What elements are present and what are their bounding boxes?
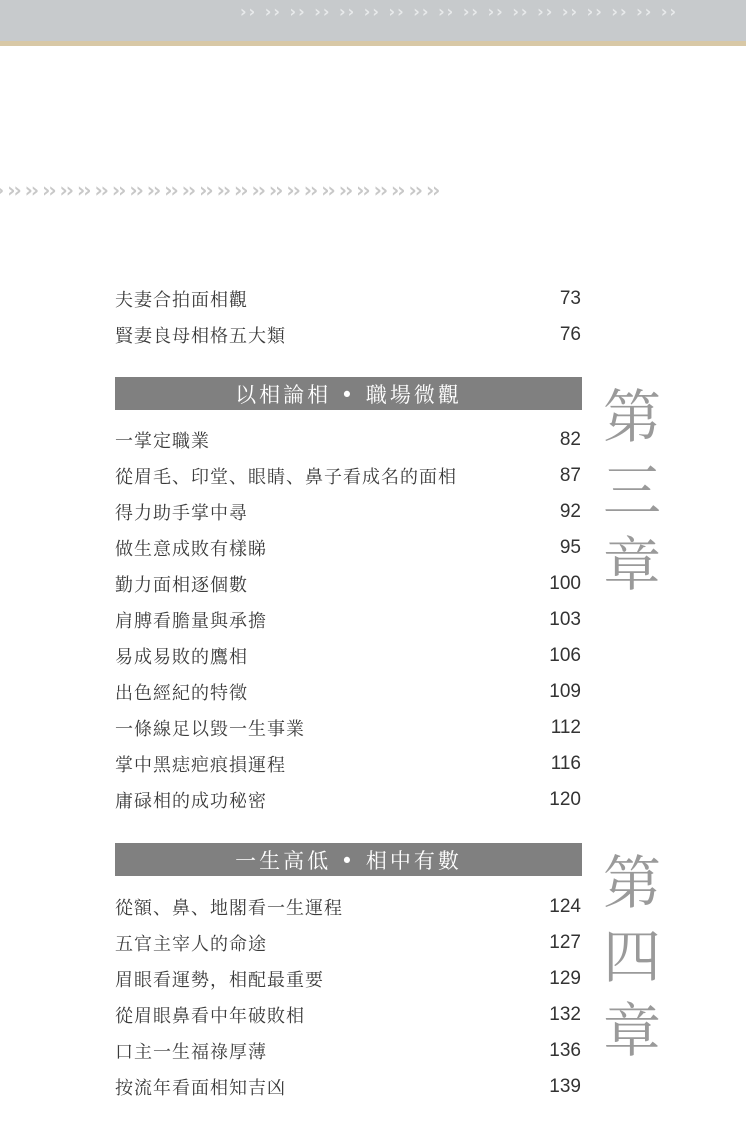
toc-entry-page: 76	[560, 324, 581, 346]
toc-entry-page: 92	[560, 501, 581, 523]
chapter-4-label: 第 四 章	[600, 846, 664, 1068]
toc-entry-page: 132	[549, 1004, 581, 1026]
toc-entry[interactable]: 夫妻合拍面相觀 73	[115, 284, 581, 314]
chapter-label-char: 第	[600, 380, 664, 454]
toc-entry-page: 139	[549, 1076, 581, 1098]
toc-entry-title: 易成易敗的鷹相	[115, 643, 248, 669]
chapter-label-char: 三	[600, 454, 664, 528]
toc-entry-title: 得力助手掌中尋	[115, 499, 248, 525]
toc-entry-page: 82	[560, 429, 581, 451]
toc-entry-title: 掌中黑痣疤痕損運程	[115, 751, 286, 777]
chapter-label-char: 第	[600, 846, 664, 920]
toc-entry[interactable]: 肩膊看膽量與承擔 103	[115, 605, 581, 635]
toc-entry[interactable]: 勤力面相逐個數 100	[115, 569, 581, 599]
chapter-label-char: 章	[600, 994, 664, 1068]
toc-entry-title: 夫妻合拍面相觀	[115, 286, 248, 312]
toc-entry-page: 127	[549, 932, 581, 954]
toc-entry-page: 106	[549, 645, 581, 667]
top-decorative-band: ›› ›› ›› ›› ›› ›› ›› ›› ›› ›› ›› ›› ›› ›…	[0, 0, 746, 41]
chevron-divider-row: › ›› ›› ›› ›› ›› ›› ›› ›› ›› ›› ›› ›› ››…	[0, 178, 646, 204]
toc-entry[interactable]: 賢妻良母相格五大類 76	[115, 320, 581, 350]
toc-entry-page: 103	[549, 609, 581, 631]
toc-entry-page: 95	[560, 537, 581, 559]
toc-entry-page: 109	[549, 681, 581, 703]
toc-entry[interactable]: 一掌定職業 82	[115, 425, 581, 455]
toc-entry[interactable]: 從額、鼻、地閣看一生運程 124	[115, 892, 581, 922]
toc-entry[interactable]: 口主一生福祿厚薄 136	[115, 1036, 581, 1066]
toc-entry-title: 按流年看面相知吉凶	[115, 1074, 286, 1100]
toc-entry-page: 116	[551, 753, 581, 775]
toc-entry-page: 73	[560, 288, 581, 310]
toc-entry-page: 136	[549, 1040, 581, 1062]
toc-entry[interactable]: 從眉毛、印堂、眼睛、鼻子看成名的面相 87	[115, 461, 581, 491]
toc-entry-page: 100	[549, 573, 581, 595]
toc-entry-title: 口主一生福祿厚薄	[115, 1038, 267, 1064]
toc-entry[interactable]: 庸碌相的成功秘密 120	[115, 785, 581, 815]
toc-entry-title: 五官主宰人的命途	[115, 930, 267, 956]
toc-entry-title: 一掌定職業	[115, 427, 210, 453]
toc-entry-title: 眉眼看運勢，相配最重要	[115, 966, 324, 992]
toc-entry-page: 120	[549, 789, 581, 811]
chapter-label-char: 四	[600, 920, 664, 994]
toc-entry[interactable]: 一條線足以毀一生事業 112	[115, 713, 581, 743]
toc-entry[interactable]: 做生意成敗有樣睇 95	[115, 533, 581, 563]
toc-entry-title: 從眉毛、印堂、眼睛、鼻子看成名的面相	[115, 463, 457, 489]
toc-entry-title: 勤力面相逐個數	[115, 571, 248, 597]
toc-entry-title: 出色經紀的特徵	[115, 679, 248, 705]
toc-entry[interactable]: 五官主宰人的命途 127	[115, 928, 581, 958]
toc-entry-page: 124	[549, 896, 581, 918]
toc-entry-page: 87	[560, 465, 581, 487]
toc-entry-title: 肩膊看膽量與承擔	[115, 607, 267, 633]
chapter-4-heading-bar: 一生高低 • 相中有數	[115, 843, 582, 876]
chapter-3-heading-bar: 以相論相 • 職場微觀	[115, 377, 582, 410]
top-beige-strip	[0, 41, 746, 46]
chapter-3-label: 第 三 章	[600, 380, 664, 602]
toc-entry-title: 庸碌相的成功秘密	[115, 787, 267, 813]
toc-entry-page: 129	[549, 968, 581, 990]
top-chevron-pattern: ›› ›› ›› ›› ›› ›› ›› ›› ›› ›› ›› ›› ›› ›…	[240, 2, 746, 20]
toc-entry-title: 從額、鼻、地閣看一生運程	[115, 894, 343, 920]
toc-entry[interactable]: 眉眼看運勢，相配最重要 129	[115, 964, 581, 994]
toc-entry[interactable]: 掌中黑痣疤痕損運程 116	[115, 749, 581, 779]
toc-entry[interactable]: 易成易敗的鷹相 106	[115, 641, 581, 671]
toc-entry-title: 做生意成敗有樣睇	[115, 535, 267, 561]
toc-entry-title: 一條線足以毀一生事業	[115, 715, 305, 741]
toc-entry-title: 從眉眼鼻看中年破敗相	[115, 1002, 305, 1028]
toc-entry[interactable]: 出色經紀的特徵 109	[115, 677, 581, 707]
toc-entry[interactable]: 從眉眼鼻看中年破敗相 132	[115, 1000, 581, 1030]
toc-entry[interactable]: 按流年看面相知吉凶 139	[115, 1072, 581, 1102]
chapter-label-char: 章	[600, 528, 664, 602]
toc-entry-page: 112	[551, 717, 581, 739]
toc-entry-title: 賢妻良母相格五大類	[115, 322, 286, 348]
toc-entry[interactable]: 得力助手掌中尋 92	[115, 497, 581, 527]
